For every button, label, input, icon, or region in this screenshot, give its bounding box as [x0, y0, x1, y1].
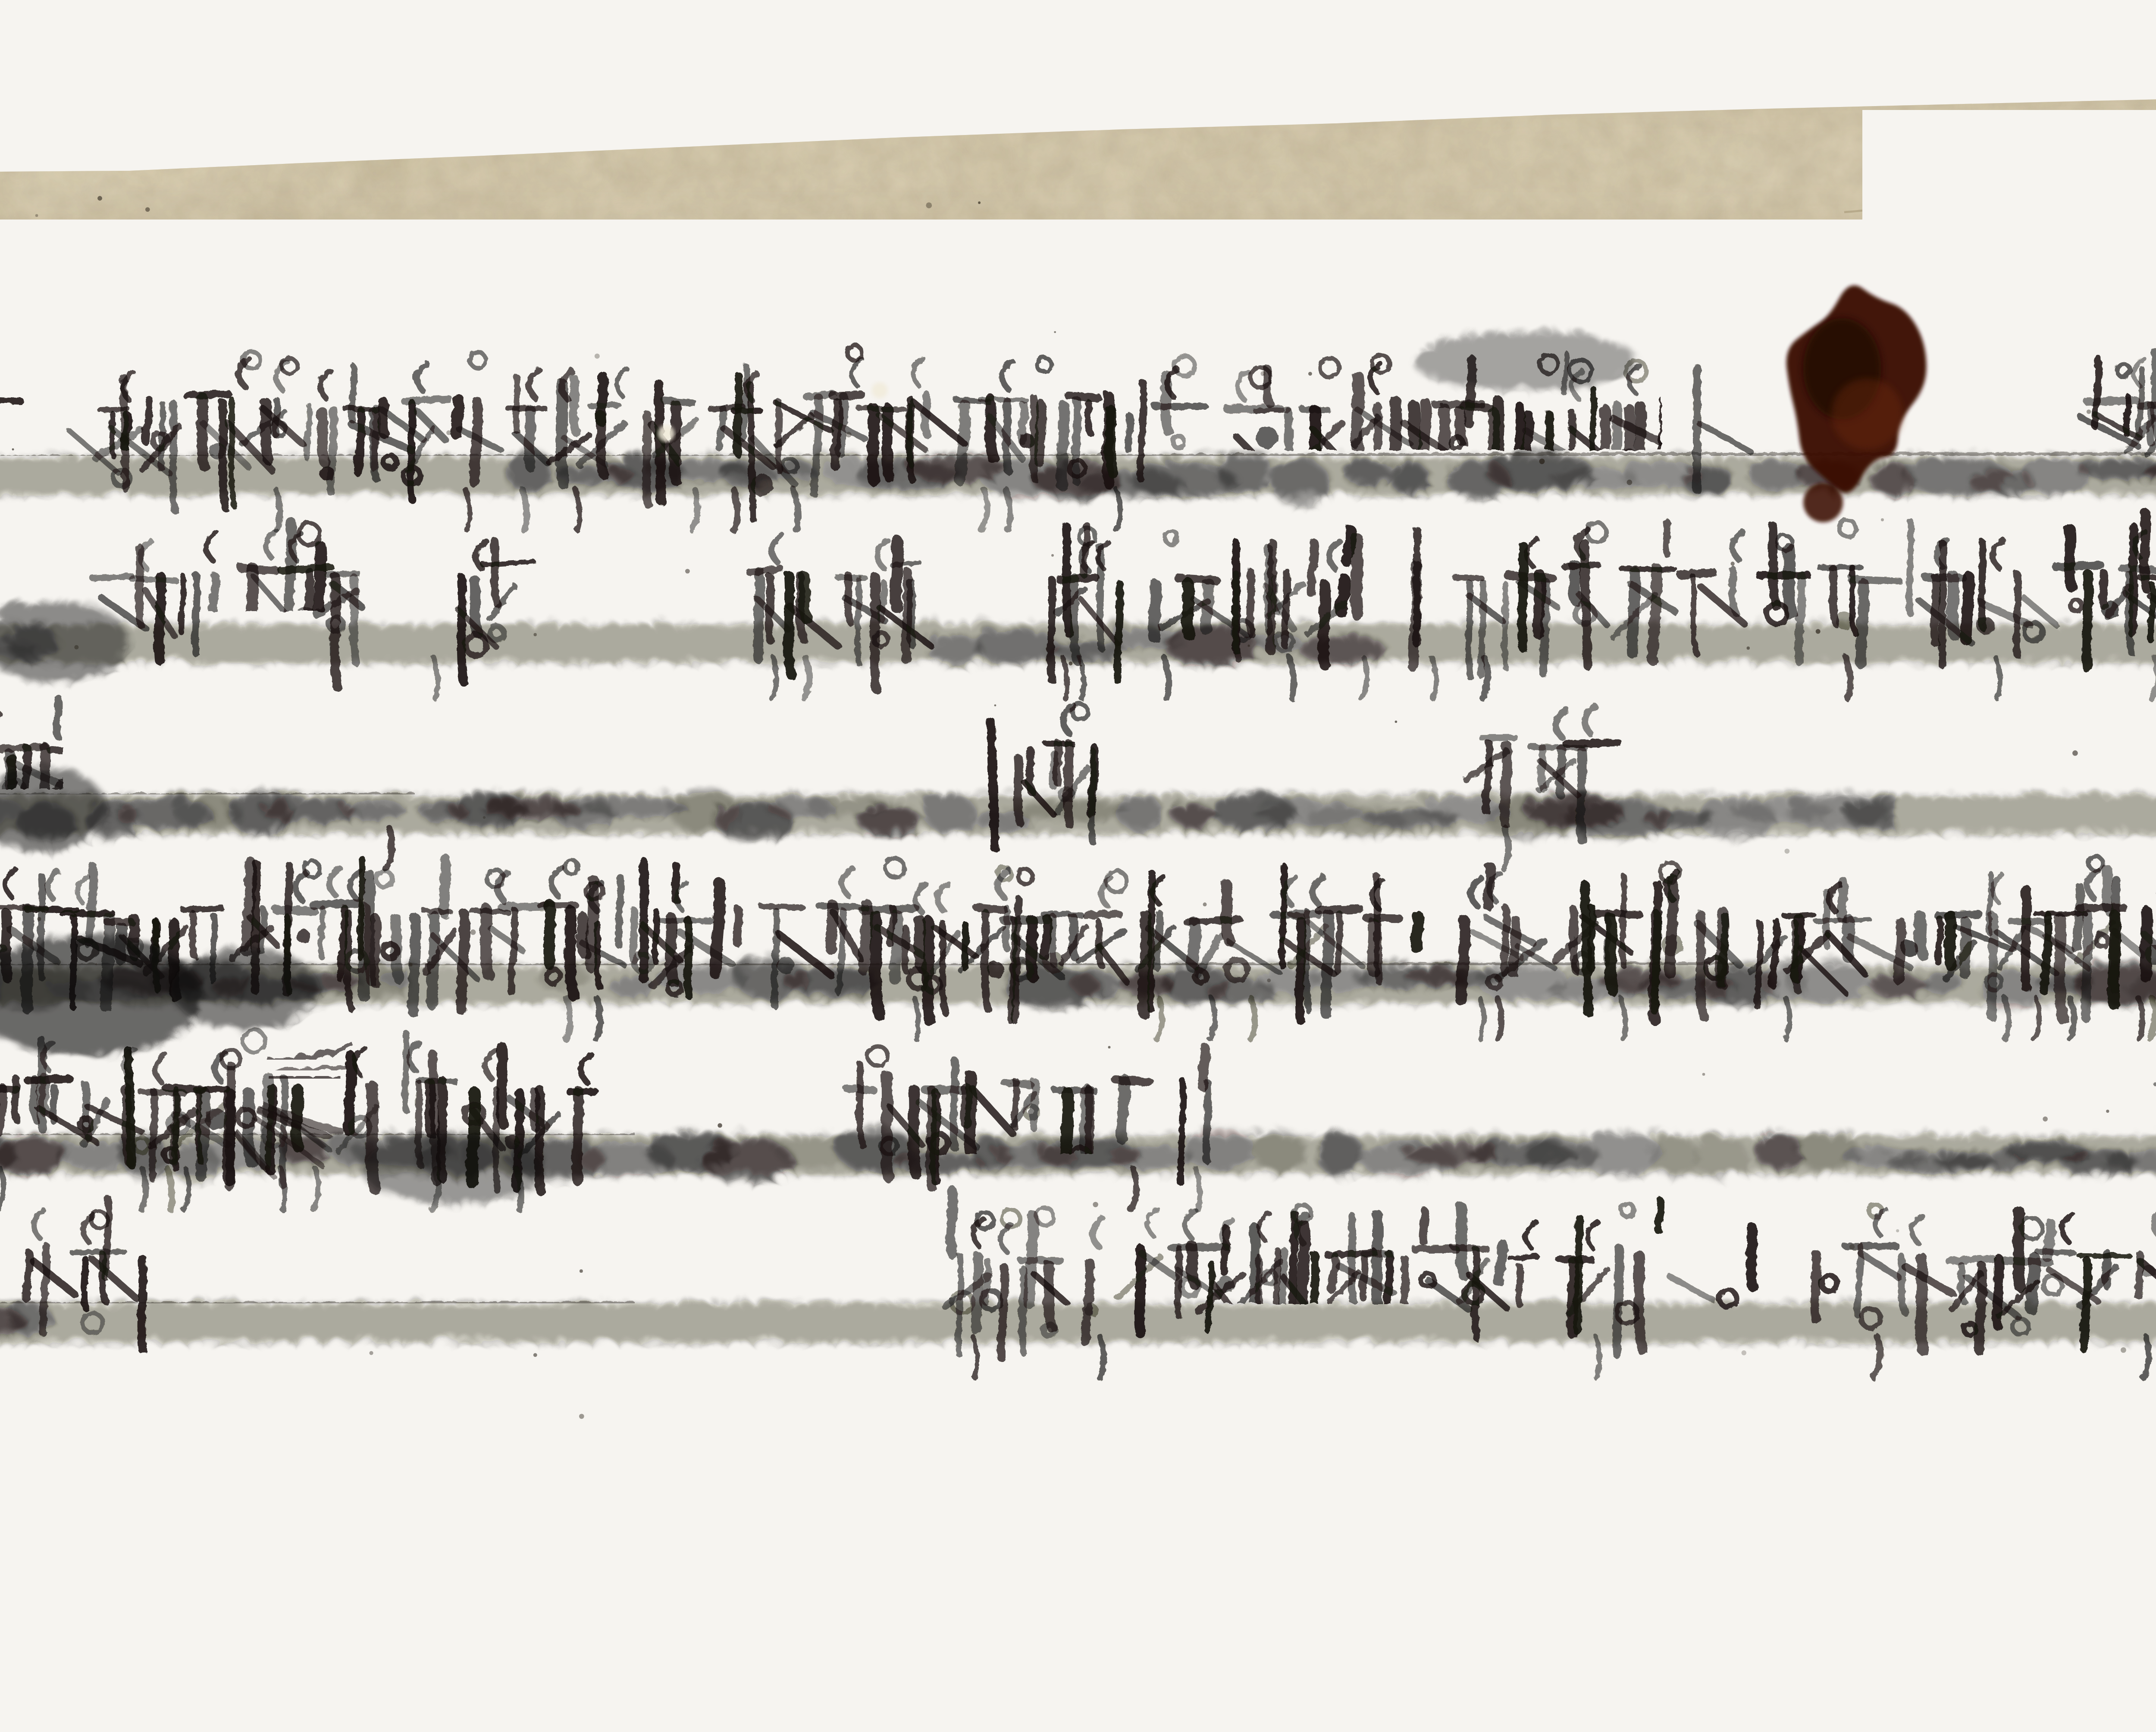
manuscript-photo [0, 0, 2156, 1732]
manuscript-leaf [0, 0, 2156, 1732]
paper-grain-fine [0, 0, 2156, 1732]
manuscript-photograph-canvas [0, 0, 2156, 1732]
